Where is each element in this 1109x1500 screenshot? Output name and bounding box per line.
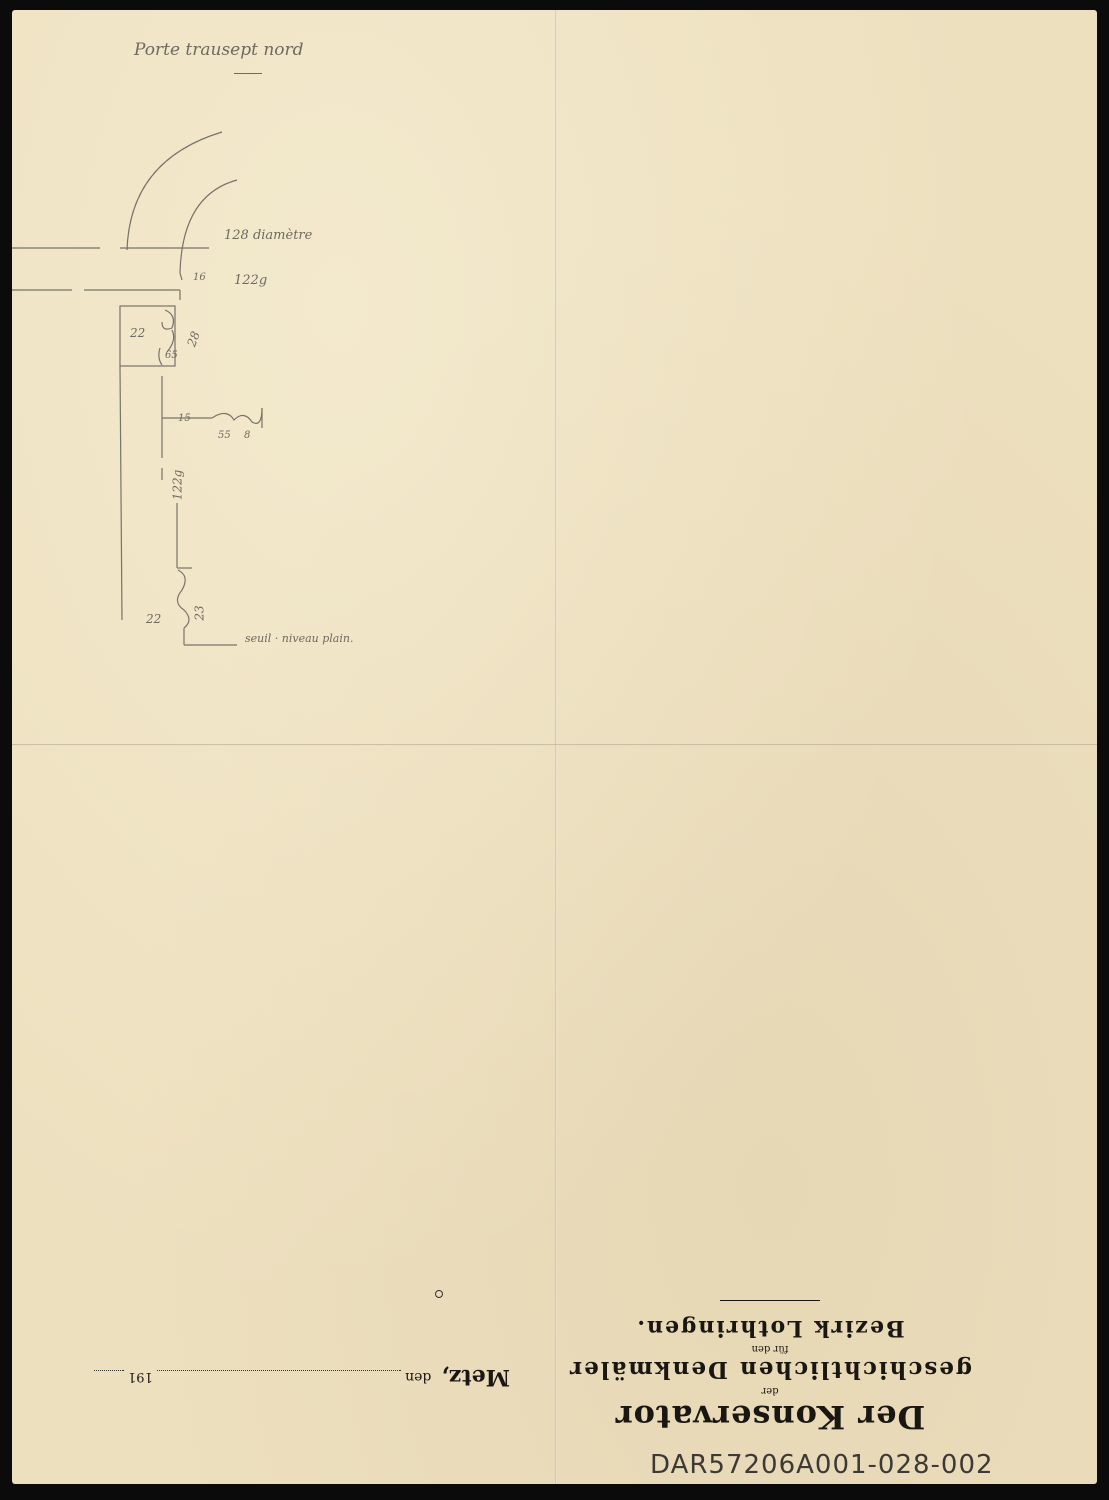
- letterhead-der: der: [560, 1385, 980, 1396]
- dateline-year: 191: [128, 1370, 153, 1385]
- annotation-molding-right: 8: [244, 430, 250, 441]
- annotation-capital-small: 16: [193, 272, 206, 283]
- annotation-shaft-height: 122g: [170, 470, 184, 501]
- annotation-capital-width: 22: [130, 326, 145, 340]
- letterhead-title: Der Konservator: [560, 1398, 980, 1436]
- annotation-arch-diameter: 128 diamètre: [224, 228, 312, 243]
- dateline-place: Metz,: [441, 1364, 510, 1390]
- letterhead-subtitle: geschichtlichen Denkmäler: [560, 1356, 980, 1383]
- letterhead: Der Konservator der geschichtlichen Denk…: [560, 1190, 980, 1440]
- annotation-base-note: seuil · niveau plain.: [245, 632, 353, 645]
- dateline-dots-end: [94, 1371, 124, 1384]
- letterhead-fuer-den: für den: [560, 1343, 980, 1354]
- annotation-base-width: 22: [146, 612, 161, 626]
- portal-profile-sketch: [12, 10, 1097, 750]
- annotation-base-height: 23: [193, 605, 207, 620]
- dateline-den: den: [405, 1369, 431, 1385]
- annotation-capital-inner: 65: [165, 350, 178, 361]
- punch-hole: [435, 1290, 443, 1298]
- annotation-impost-height: 122g: [234, 273, 267, 288]
- letterhead-region: Bezirk Lothringen.: [560, 1315, 980, 1341]
- dateline-dots: [157, 1371, 401, 1384]
- annotation-molding-mid: 55: [218, 430, 231, 441]
- archive-identifier: DAR57206A001-028-002: [650, 1450, 994, 1480]
- dateline: Metz, den 191: [90, 1362, 510, 1392]
- annotation-molding-left: 15: [178, 413, 191, 424]
- ornament-divider: [720, 1297, 820, 1305]
